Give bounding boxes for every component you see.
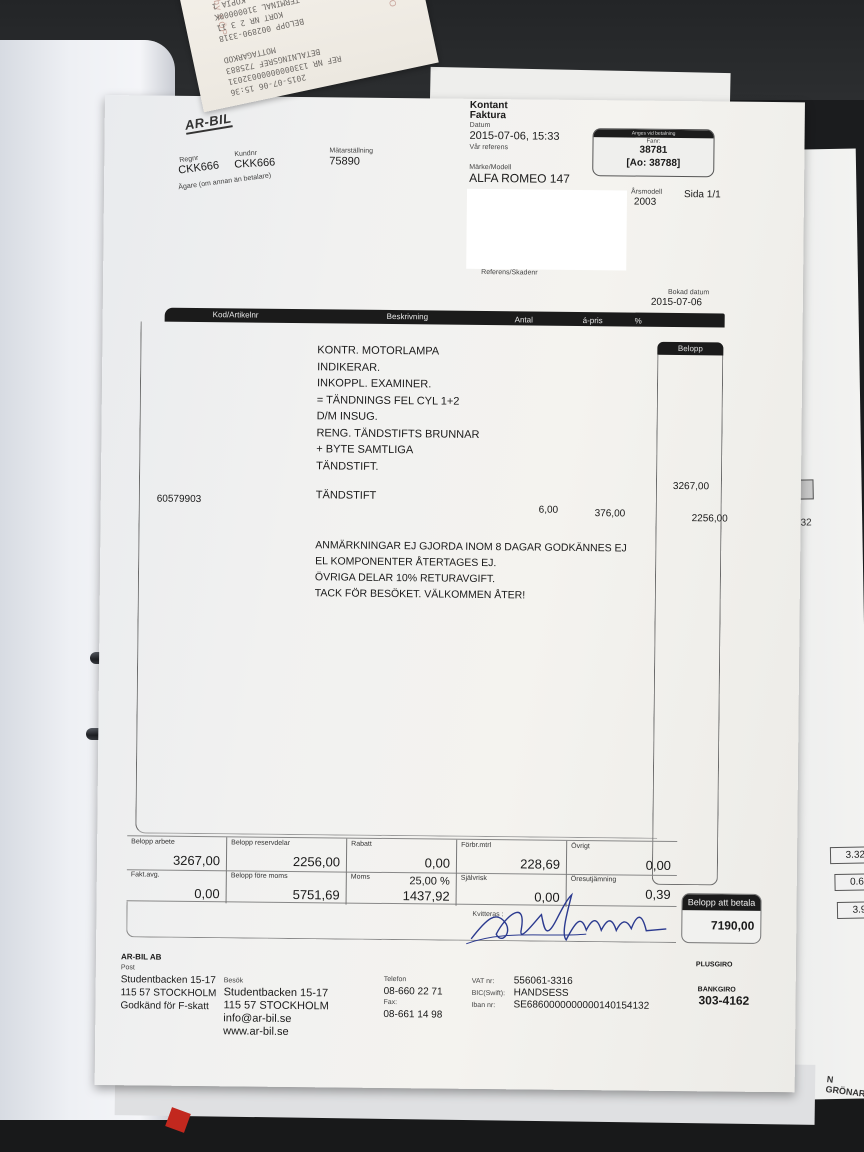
other-value: 0,00	[646, 858, 671, 873]
article-amount: 2256,00	[692, 513, 728, 524]
odometer-reading: 75890	[329, 155, 360, 167]
invoice-date: 2015-07-06, 15:33	[470, 130, 560, 143]
col-amount: Belopp	[657, 342, 723, 356]
work-description-line: + BYTE SAMTLIGA	[316, 441, 479, 459]
vat: Moms 25,00 % 1437,92	[347, 872, 457, 906]
total-labor-label: Belopp arbete	[131, 838, 175, 845]
f-tax-approval: Godkänd för F-skatt	[120, 999, 216, 1013]
total-parts: Belopp reservdelar 2256,00	[227, 837, 347, 871]
article-quantity: 6,00	[539, 505, 559, 516]
invoice-document: AR-BIL Kontant Faktura Datum 2015-07-06,…	[95, 95, 805, 1092]
total-labor: Belopp arbete 3267,00	[127, 836, 227, 870]
subtotal: Belopp före moms 5751,69	[227, 870, 347, 904]
customer-number: CKK666	[234, 156, 276, 170]
vat-value: 1437,92	[403, 888, 450, 903]
consumables-label: Förbr.mtrl	[461, 842, 491, 849]
company-logo: AR-BIL	[184, 110, 233, 134]
other-label: Övrigt	[571, 843, 590, 850]
deductible-label: Självrisk	[461, 875, 487, 882]
total-parts-label: Belopp reservdelar	[231, 839, 290, 847]
fax-number: 08-661 14 98	[383, 1008, 442, 1022]
date-label: Datum	[470, 122, 491, 129]
invoice-notes: ANMÄRKNINGAR EJ GJORDA INOM 8 DAGAR GODK…	[315, 537, 627, 604]
work-description-line: RENG. TÄNDSTIFTS BRUNNAR	[316, 425, 479, 443]
odometer-label: Mätarställning	[329, 147, 373, 154]
article-description: TÄNDSTIFT	[316, 489, 377, 502]
booked-date: 2015-07-06	[651, 297, 702, 309]
work-description: KONTR. MOTORLAMPAINDIKERAR.INKOPPL. EXAM…	[316, 342, 480, 476]
page-indicator: Sida 1/1	[684, 189, 721, 200]
note-line: TACK FÖR BESÖKET. VÄLKOMMEN ÅTER!	[315, 585, 627, 604]
col-description: Beskrivning	[387, 312, 428, 321]
company-name: AR-BIL AB	[121, 950, 217, 964]
footer-bank: VAT nr:556061-3316 BIC(Swift):HANDSESS I…	[471, 975, 649, 1013]
model-year: 2003	[634, 197, 656, 208]
work-description-line: INDIKERAR.	[317, 359, 480, 377]
consumables: Förbr.mtrl 228,69	[457, 840, 567, 874]
iban-label: Iban nr:	[471, 1000, 513, 1011]
fax-label: Fax:	[383, 998, 442, 1009]
subtotal-value: 5751,69	[293, 887, 340, 902]
website-link[interactable]: www.ar-bil.se	[223, 1025, 328, 1039]
iban-number: SE6860000000000140154132	[513, 999, 649, 1011]
article-code: 60579903	[157, 494, 202, 505]
invoice-number-box: Anges vid betalning Fanr: 38781 [Ao: 387…	[592, 128, 714, 177]
col-code: Kod/Artikelnr	[213, 310, 259, 319]
invoice-type: Kontant Faktura	[470, 101, 508, 121]
total-parts-value: 2256,00	[293, 854, 340, 869]
bankgiro-number: 303-4162	[698, 994, 749, 1008]
footer-contact: Telefon 08-660 22 71 Fax: 08-661 14 98	[383, 975, 442, 1022]
article-unit-price: 376,00	[595, 508, 626, 519]
work-description-line: D/M INSUG.	[317, 408, 480, 426]
col-percent: %	[635, 317, 642, 326]
invoice-fee-label: Fakt.avg.	[131, 871, 160, 878]
work-description-line: KONTR. MOTORLAMPA	[317, 342, 480, 360]
vat-number: 556061-3316	[514, 975, 573, 987]
amount-due: 7190,00	[682, 910, 760, 933]
plusgiro-label: PLUSGIRO	[696, 958, 733, 971]
subtotal-label: Belopp före moms	[231, 872, 288, 880]
owner-label: Ägare (om annan än betalare)	[178, 172, 272, 191]
work-description-line: = TÄNDNINGS FEL CYL 1+2	[317, 392, 480, 410]
work-order-number: [Ao: 38788]	[593, 157, 713, 169]
amount-due-box: Belopp att betala 7190,00	[681, 893, 762, 944]
footer-company: AR-BIL AB Post Studentbacken 15-17 115 5…	[120, 950, 216, 1013]
invoice-number: 38781	[593, 144, 713, 156]
work-amount: 3267,00	[673, 481, 709, 492]
vat-number-label: VAT nr:	[472, 976, 514, 987]
consumables-value: 228,69	[520, 856, 560, 871]
vat-rate: 25,00 %	[409, 875, 449, 887]
post-address-1: Studentbacken 15-17	[121, 973, 217, 987]
discount: Rabatt 0,00	[347, 839, 457, 873]
col-quantity: Antal	[515, 315, 533, 324]
bg-box: 3.98	[837, 901, 864, 919]
invoice-type-line2: Faktura	[470, 111, 508, 121]
bic-label: BIC(Swift):	[472, 988, 514, 999]
invoice-fee: Fakt.avg. 0,00	[127, 869, 227, 903]
col-unit-price: á-pris	[583, 316, 603, 325]
signature	[466, 889, 687, 951]
discount-value: 0,00	[425, 855, 450, 870]
reference-claim-label: Referens/Skadenr	[481, 269, 537, 277]
phone-number: 08-660 22 71	[384, 985, 443, 999]
work-description-line: TÄNDSTIFT.	[316, 458, 479, 476]
invoice-fee-value: 0,00	[194, 886, 219, 901]
rounding-label: Öresutjämning	[571, 876, 617, 883]
booked-date-label: Bokad datum	[668, 289, 709, 296]
bic-code: HANDSESS	[514, 987, 569, 999]
bg-box: 0.66	[834, 873, 864, 891]
footer-visit: Besök Studentbacken 15-17 115 57 STOCKHO…	[223, 976, 329, 1039]
work-description-line: INKOPPL. EXAMINER.	[317, 375, 480, 393]
bg-box: 3.32	[830, 846, 864, 864]
make-model: ALFA ROMEO 147	[469, 171, 570, 186]
visit-address-1: Studentbacken 15-17	[224, 986, 329, 1000]
discount-label: Rabatt	[351, 841, 372, 848]
total-labor-value: 3267,00	[173, 853, 220, 868]
phone-label: Telefon	[384, 975, 443, 986]
email-link[interactable]: info@ar-bil.se	[223, 1012, 328, 1026]
invoice-number-banner: Anges vid betalning	[594, 129, 714, 138]
our-reference-label: Vår referens	[469, 144, 508, 151]
other: Övrigt 0,00	[567, 841, 677, 875]
amount-due-label: Belopp att betala	[682, 894, 760, 911]
bg-bottom-text: N GRÖNAR	[825, 1074, 864, 1099]
model-year-label: Årsmodell	[631, 189, 662, 196]
vat-label: Moms	[351, 874, 370, 881]
amount-column	[652, 355, 724, 886]
post-address-2: 115 57 STOCKHOLM	[121, 986, 217, 1000]
redacted-area	[466, 189, 627, 271]
visit-address-2: 115 57 STOCKHOLM	[223, 999, 328, 1013]
